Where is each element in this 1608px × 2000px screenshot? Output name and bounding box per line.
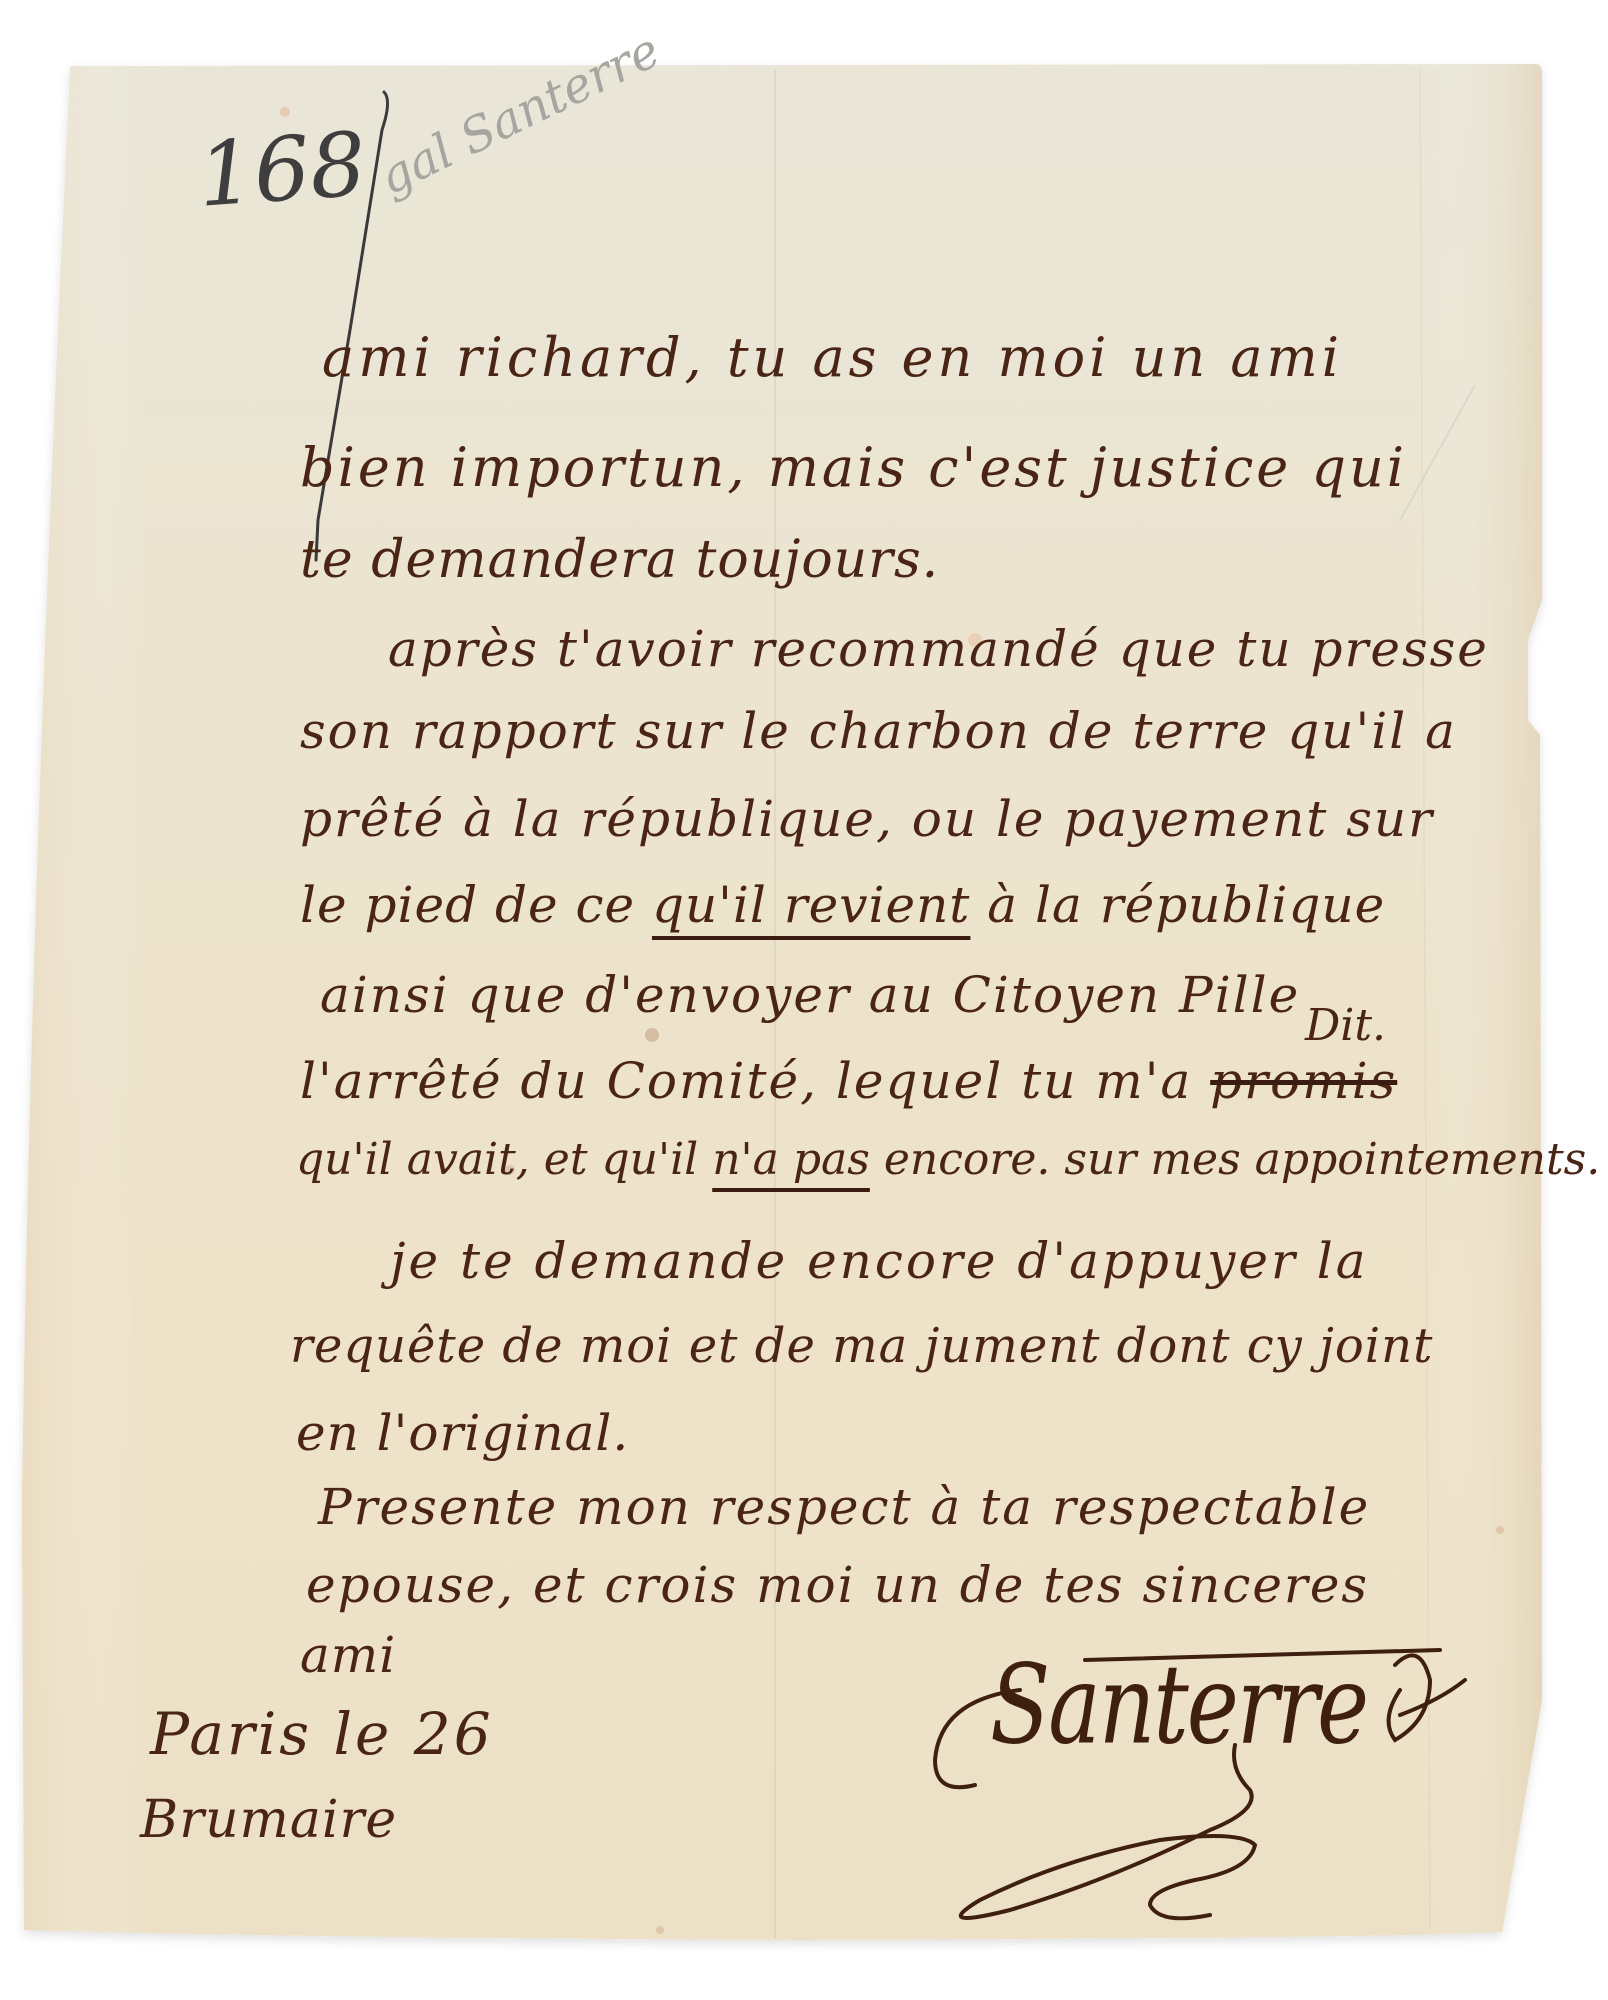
letter-line-13: en l'original. (296, 1404, 629, 1462)
letter-line-1: ami richard, tu as en moi un ami (322, 326, 1343, 389)
underlined-phrase-2: n'a pas (712, 1134, 870, 1185)
line7-suffix: à la république (970, 876, 1385, 934)
line10-suffix: encore. sur mes appointements. (870, 1134, 1600, 1185)
interlinear-correction: Dit. (1305, 1000, 1386, 1051)
letter-line-9: l'arrêté du Comité, lequel tu m'a promis (300, 1052, 1397, 1110)
letter-line-16: ami (300, 1626, 396, 1684)
dateline-place-date: Paris le 26 (150, 1700, 494, 1768)
underlined-phrase: qu'il revient (652, 876, 970, 934)
pencil-catalogue-number: 168 (195, 112, 370, 226)
struck-word: promis (1210, 1052, 1397, 1110)
letter-line-12: requête de moi et de ma jument dont cy j… (290, 1318, 1433, 1374)
letter-line-14: Presente mon respect à ta respectable (318, 1478, 1370, 1536)
dateline-month: Brumaire (140, 1790, 397, 1850)
line7-prefix: le pied de ce (300, 876, 652, 934)
letter-line-10: qu'il avait, et qu'il n'a pas encore. su… (296, 1134, 1600, 1185)
letter-line-5: son rapport sur le charbon de terre qu'i… (300, 702, 1457, 760)
letter-line-8: ainsi que d'envoyer au Citoyen Pille (320, 966, 1300, 1024)
letter-line-6: prêté à la république, ou le payement su… (300, 790, 1434, 848)
line9-prefix: l'arrêté du Comité, lequel tu m'a (300, 1052, 1210, 1110)
letter-line-11: je te demande encore d'appuyer la (390, 1232, 1369, 1290)
letter-line-4: après t'avoir recommandé que tu presse (388, 620, 1489, 678)
signature: Santerre (990, 1640, 1367, 1769)
letter-line-7: le pied de ce qu'il revient à la républi… (300, 876, 1385, 934)
letter-line-2: bien importun, mais c'est justice qui (300, 436, 1407, 499)
letter-line-15: epouse, et crois moi un de tes sinceres (306, 1556, 1369, 1614)
line10-prefix: qu'il avait, et qu'il (296, 1134, 712, 1185)
letter-line-3: te demandera toujours. (300, 530, 939, 590)
